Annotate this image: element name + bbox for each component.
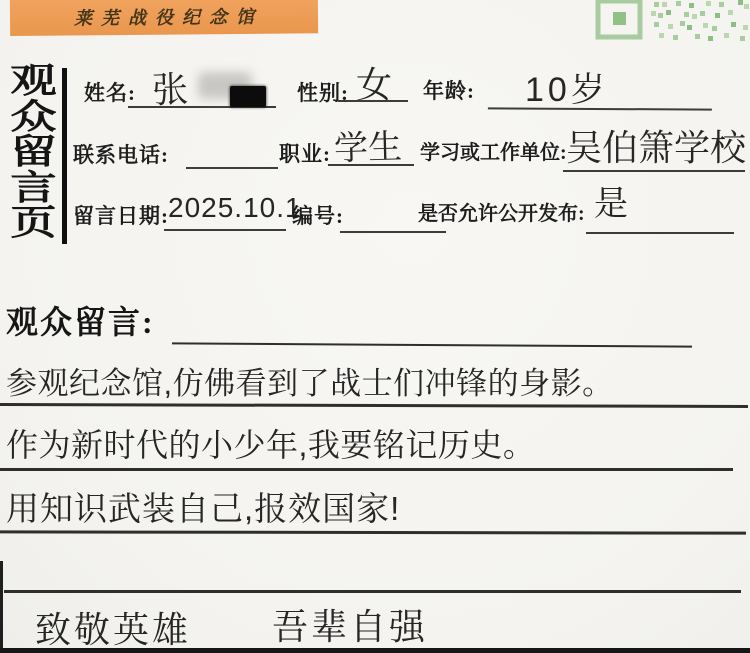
visitor-message-form-page: 莱芜战役纪念馆 [0,0,750,653]
closing-phrase-left: 致敬英雄 [35,602,191,653]
publish-value: 是 [594,176,628,225]
name-value: 张 [151,61,189,113]
vertical-title-char: 观 [5,64,61,100]
museum-banner: 莱芜战役纪念馆 [10,0,318,36]
publish-label: 是否允许公开发布: [418,197,585,226]
vertical-title-char: 众 [5,100,61,136]
occupation-label: 职业: [279,138,331,168]
vertical-page-title: 观 众 留 言 页 [5,64,61,242]
date-value: 2025.10.1 [168,192,302,224]
age-value: 10岁 [525,62,609,111]
message-rule [0,530,746,534]
vertical-title-char: 言 [5,171,61,207]
closing-phrase-right: 吾辈自强 [272,599,428,650]
occupation-value: 学生 [333,119,402,170]
museum-name: 莱芜战役纪念馆 [65,0,263,31]
message-line: 用知识武装自己,报效国家! [6,483,400,530]
scan-edge-left [0,561,3,653]
unit-value: 吴伯箫学校 [566,120,746,171]
gender-value: 女 [356,57,392,108]
message-line: 参观纪念馆,仿佛看到了战士们冲锋的身影。 [6,358,614,403]
number-label: 编号: [292,200,344,230]
message-line: 作为新时代的小少年,我要铭记历史。 [6,420,535,466]
title-divider-line [62,68,67,244]
message-rule [0,468,733,471]
vertical-title-char: 页 [5,206,61,242]
message-blank-rule [172,342,692,347]
scan-edge-bottom [0,648,750,653]
message-rule [0,403,748,408]
phone-field [186,130,278,169]
vertical-title-char: 留 [5,135,61,171]
phone-label: 联系电话: [73,139,169,169]
name-redaction-box [230,86,266,107]
unit-label: 学习或工作单位: [420,136,567,165]
date-label: 留言日期: [73,200,169,230]
age-label: 年龄: [423,75,475,105]
qr-code-icon [588,0,750,46]
message-section-label: 观众留言: [6,297,155,343]
message-blank-rule [4,590,741,593]
